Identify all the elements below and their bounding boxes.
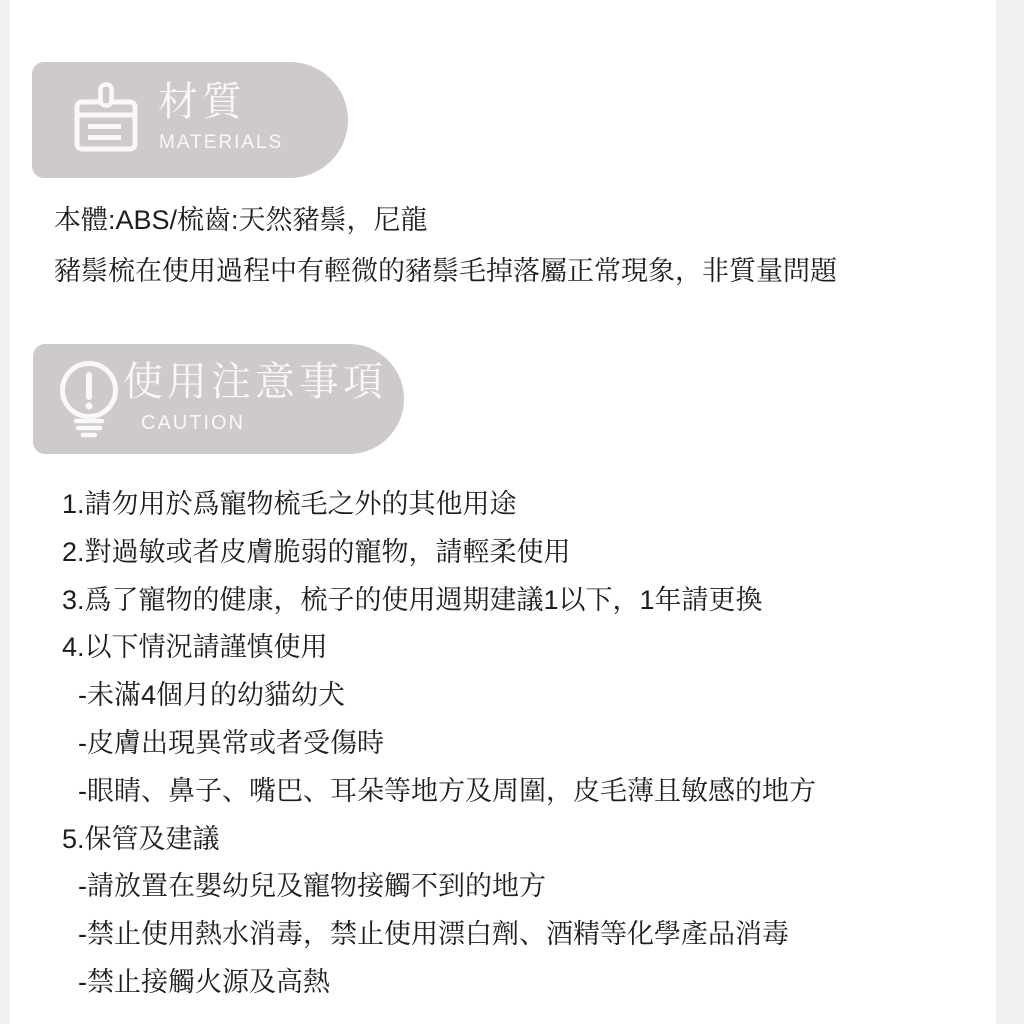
caution-list-item: 4.以下情況請謹慎使用 — [62, 632, 816, 662]
materials-line: 本體:ABS/梳齒:天然豬鬃，尼龍 — [54, 205, 837, 235]
materials-text-block: 本體:ABS/梳齒:天然豬鬃，尼龍 豬鬃梳在使用過程中有輕微的豬鬃毛掉落屬正常現… — [54, 205, 837, 307]
caution-title: 使用注意事項 — [123, 360, 387, 404]
caution-list-item: 2.對過敏或者皮膚脆弱的寵物，請輕柔使用 — [62, 537, 816, 567]
materials-banner: 材質 MATERIALS — [32, 62, 348, 178]
caution-list-item: 5.保管及建議 — [62, 824, 816, 854]
materials-line: 豬鬃梳在使用過程中有輕微的豬鬃毛掉落屬正常現象，非質量問題 — [54, 256, 837, 286]
caution-list-subitem: -禁止接觸火源及高熱 — [62, 967, 816, 997]
caution-banner: 使用注意事項 CAUTION — [33, 344, 404, 454]
name-badge-icon — [74, 82, 138, 152]
caution-list-subitem: -禁止使用熱水消毒，禁止使用漂白劑、酒精等化學產品消毒 — [62, 919, 816, 949]
caution-subtitle: CAUTION — [141, 412, 245, 435]
caution-list-item: 3.爲了寵物的健康，梳子的使用週期建議1以下，1年請更換 — [62, 585, 816, 615]
materials-title: 材質 — [158, 80, 246, 124]
materials-subtitle: MATERIALS — [159, 132, 283, 154]
page-gutter-left — [0, 0, 10, 1024]
caution-list-subitem: -未滿4個月的幼貓幼犬 — [62, 680, 816, 710]
caution-list-subitem: -皮膚出現異常或者受傷時 — [62, 728, 816, 758]
caution-list-item: 1.請勿用於爲寵物梳毛之外的其他用途 — [62, 489, 816, 519]
product-description-page: 材質 MATERIALS 本體:ABS/梳齒:天然豬鬃，尼龍 豬鬃梳在使用過程中… — [10, 0, 996, 1024]
caution-list-subitem: -請放置在嬰幼兒及寵物接觸不到的地方 — [62, 871, 816, 901]
lightbulb-icon — [58, 361, 120, 439]
caution-list-subitem: -眼睛、鼻子、嘴巴、耳朵等地方及周圍，皮毛薄且敏感的地方 — [62, 776, 816, 806]
page-gutter-right — [996, 0, 1024, 1024]
caution-list: 1.請勿用於爲寵物梳毛之外的其他用途 2.對過敏或者皮膚脆弱的寵物，請輕柔使用 … — [62, 489, 816, 1015]
